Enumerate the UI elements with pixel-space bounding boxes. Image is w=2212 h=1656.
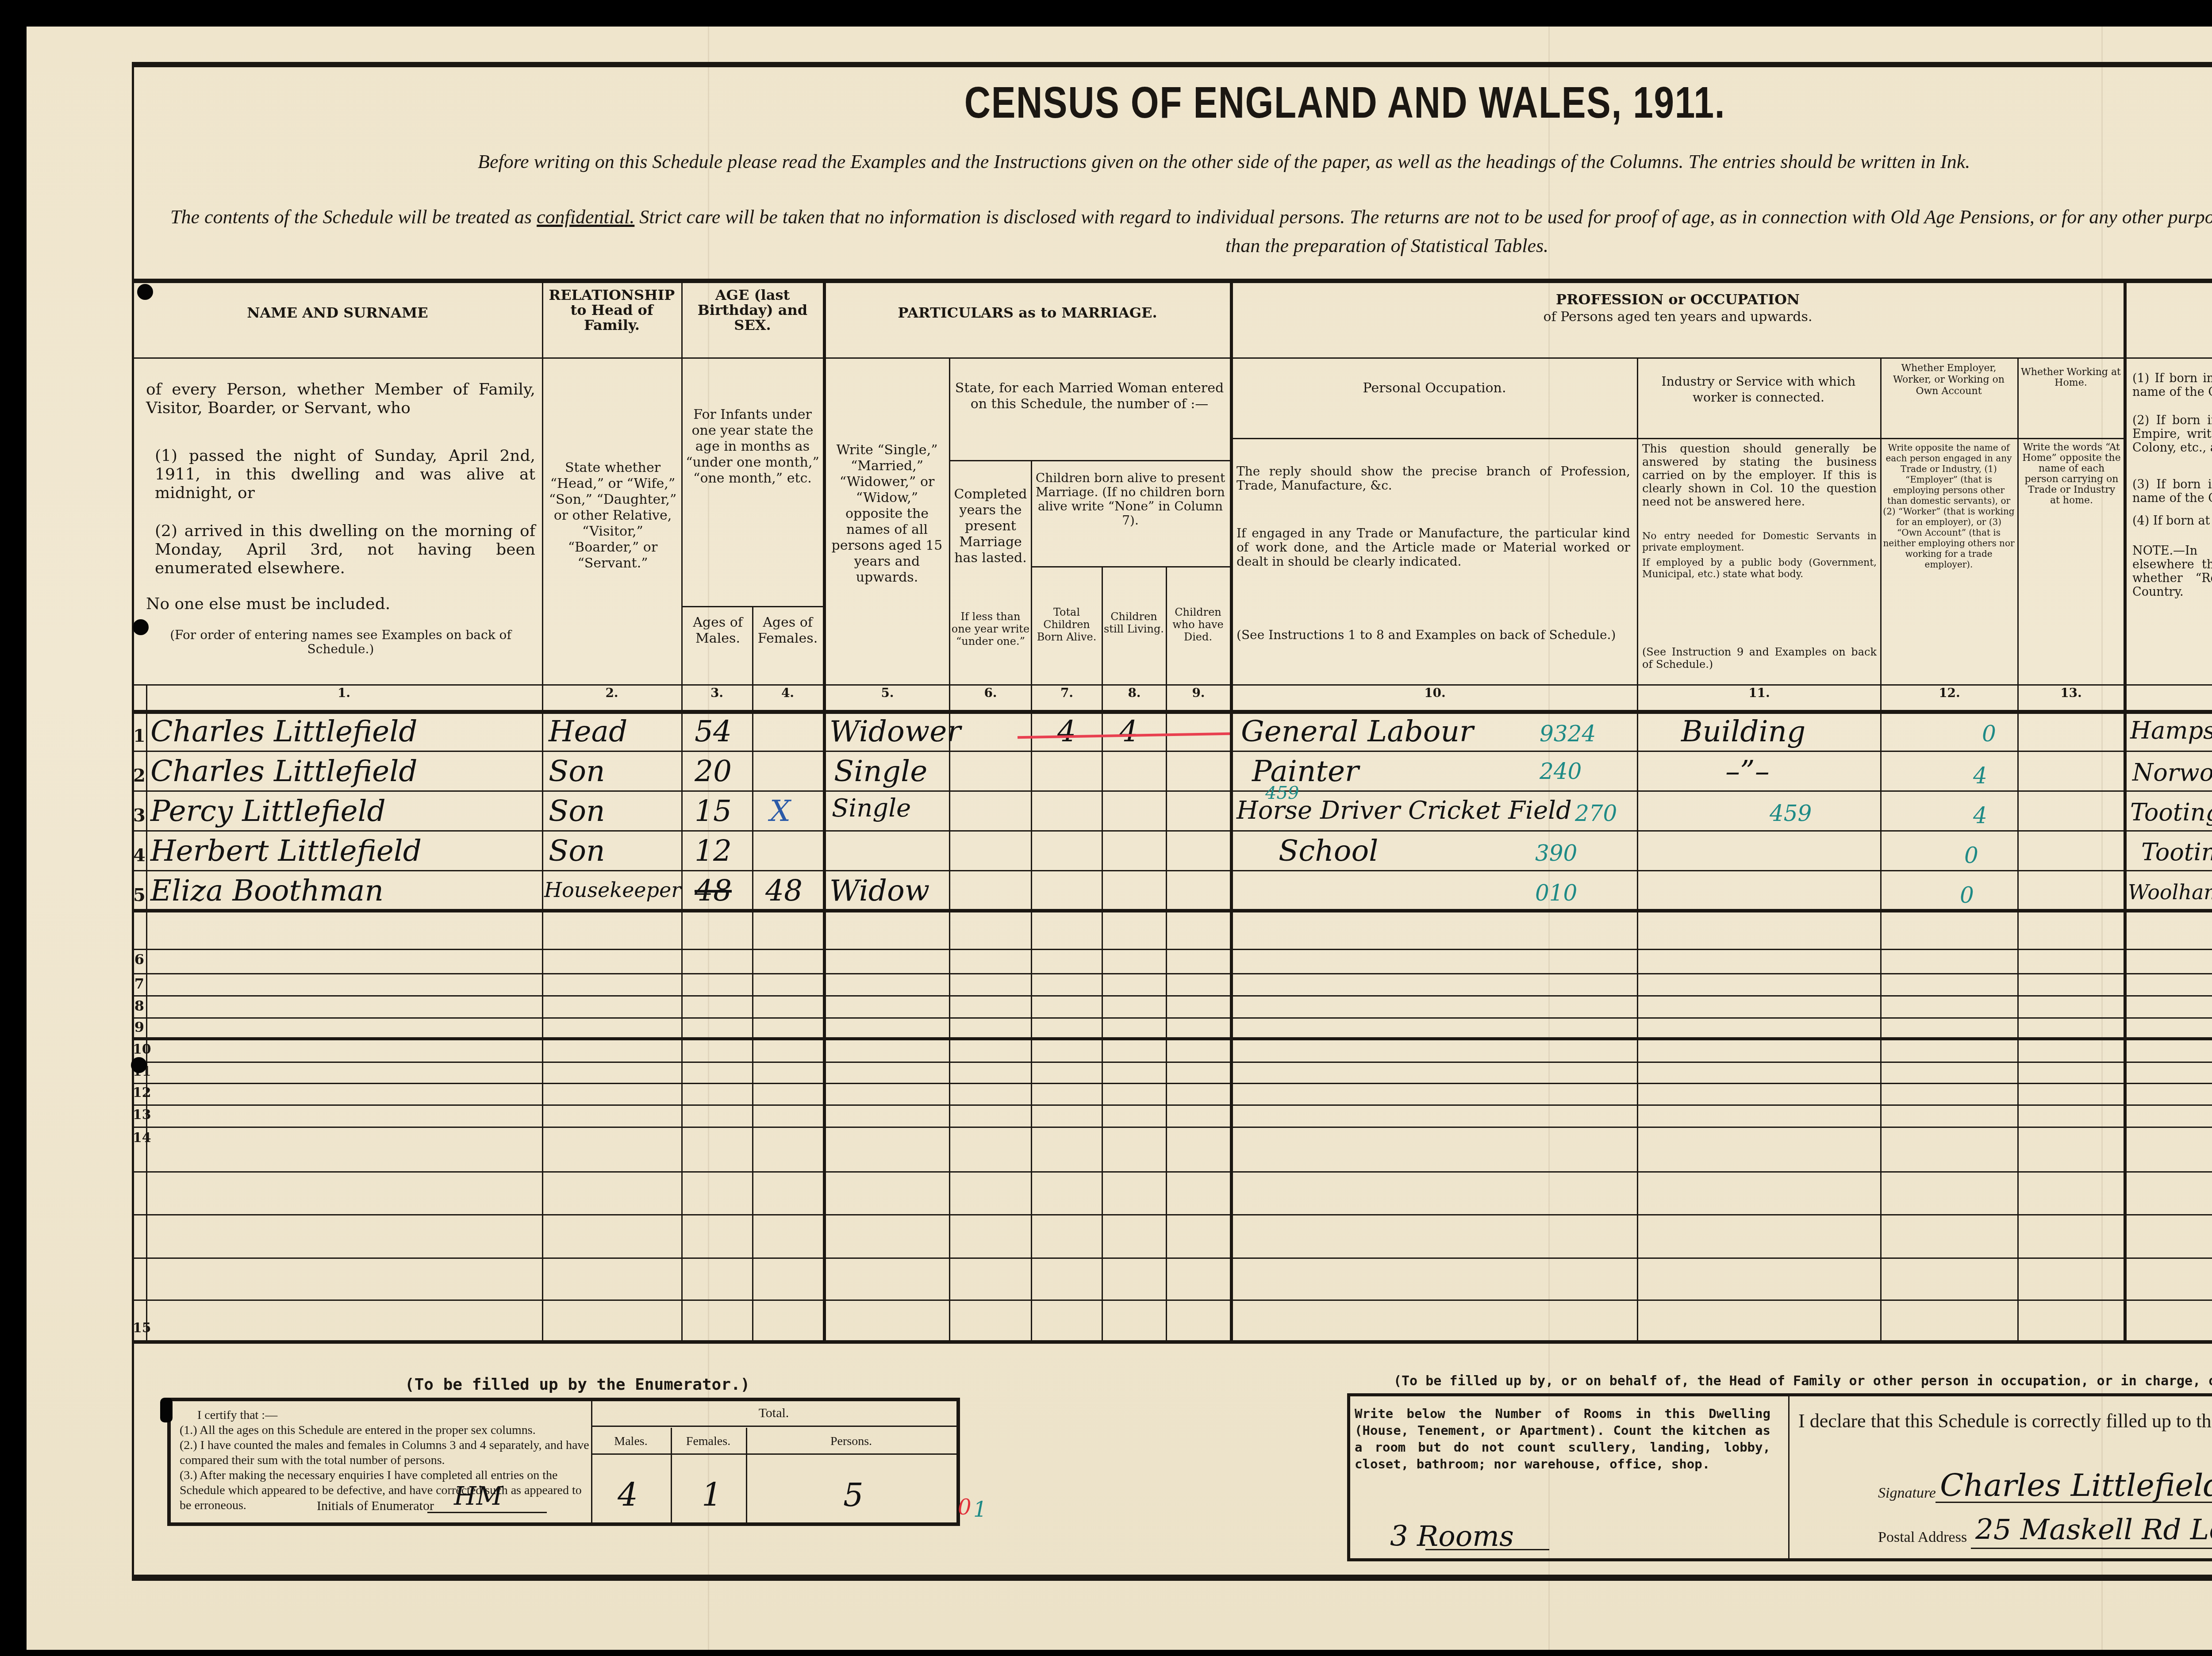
confidential-notice: The contents of the Schedule will be tre… — [170, 206, 2212, 228]
age-males-label: Ages of Males. — [684, 615, 752, 647]
cell-birthplace[interactable]: Tooting Surry — [2141, 838, 2212, 866]
children-living-label: Children still Living. — [1103, 610, 1165, 635]
row-rule — [132, 973, 2212, 974]
name-intro: of every Person, whether Member of Famil… — [146, 380, 535, 418]
certify-item2: (2.) I have counted the males and female… — [180, 1438, 591, 1468]
signature-label: Signature — [1878, 1485, 1936, 1502]
cell-occupation-code: 270 — [1575, 801, 1617, 826]
home-instruction: Write the words “At Home” opposite the n… — [2022, 442, 2121, 506]
employer-instruction: Write opposite the name of each person e… — [1882, 442, 2015, 570]
industry-text4: (See Instruction 9 and Examples on back … — [1642, 646, 1877, 671]
confidential-word: confidential. — [537, 206, 634, 228]
cell-relationship[interactable]: Housekeeper — [544, 878, 681, 902]
address-line — [1971, 1548, 2212, 1549]
males-label: Males. — [591, 1434, 671, 1449]
birthplace-note: NOTE.—In the case of persons born elsewh… — [2132, 544, 2212, 599]
header-top-rule — [132, 279, 2212, 283]
cell-employment-code: 0 — [1982, 721, 1996, 747]
cell-condition[interactable]: Single — [832, 794, 911, 823]
cell-birthplace[interactable]: Woolhampton Berkshire — [2128, 880, 2212, 904]
cell-name[interactable]: Eliza Boothman — [150, 874, 384, 908]
cell-condition[interactable]: Single — [834, 754, 927, 788]
page-title: CENSUS OF ENGLAND AND WALES, 1911. — [910, 77, 1780, 128]
cell-children-born[interactable]: 4 — [1057, 714, 1076, 748]
total-males[interactable]: 4 — [618, 1476, 638, 1514]
married-woman-instruction: State, for each Married Woman entered on… — [951, 380, 1228, 412]
cell-age-female-mark[interactable]: X — [770, 794, 791, 828]
cell-birthplace[interactable]: Norwood Surry — [2132, 759, 2212, 786]
industry-text2: No entry needed for Domestic Servants in… — [1642, 531, 1877, 554]
column-number: 2. — [543, 686, 680, 700]
rooms-box: Write below the Number of Rooms in this … — [1347, 1393, 1790, 1561]
row-number: 1 — [133, 725, 146, 746]
total-label: Total. — [591, 1406, 956, 1421]
marriage-sub-rule — [949, 460, 1230, 461]
cell-age-male[interactable]: 12 — [695, 834, 732, 868]
row-rule — [132, 710, 2212, 714]
initials-line — [427, 1512, 547, 1513]
occupation-sub-rule — [1230, 438, 2124, 439]
enumerator-box: I certify that :— (1.) All the ages on t… — [167, 1398, 960, 1526]
teal-annotation: 1 — [973, 1497, 987, 1522]
header-age: AGE (last Birthday) and SEX. — [684, 287, 822, 333]
relationship-instruction: State whether “Head,” or “Wife,” “Son,” … — [546, 460, 679, 571]
birthplace-item3: (3) If born in a Foreign Country, write … — [2132, 478, 2212, 505]
row-rule — [132, 1214, 2212, 1215]
cell-name[interactable]: Percy Littlefield — [150, 794, 386, 828]
col-sep — [542, 281, 543, 1340]
column-number: 1. — [146, 686, 542, 700]
col-sep — [1230, 281, 1233, 1340]
industry-label: Industry or Service with which worker is… — [1639, 374, 1878, 406]
row-rule — [132, 830, 2212, 832]
column-number: 9. — [1167, 686, 1230, 700]
confidential-notice-line2: than the preparation of Statistical Tabl… — [1225, 234, 1548, 257]
age-females-label: Ages of Females. — [753, 615, 822, 647]
cell-industry[interactable]: Building — [1681, 714, 1805, 748]
column-number: 6. — [950, 686, 1031, 700]
row-rule — [132, 1171, 2212, 1173]
header-marriage: PARTICULARS as to MARRIAGE. — [827, 305, 1228, 320]
row-rule — [132, 1062, 2212, 1063]
total-persons[interactable]: 5 — [843, 1476, 864, 1514]
row-rule — [132, 1037, 2212, 1040]
total-females[interactable]: 1 — [702, 1476, 722, 1514]
industry-text1: This question should generally be answer… — [1642, 442, 1877, 509]
marriage-condition-instruction: Write “Single,” “Married,” “Widower,” or… — [827, 442, 947, 586]
cell-birthplace[interactable]: Tooting Surry — [2130, 798, 2212, 826]
declaration-text: I declare that this Schedule is correctl… — [1798, 1410, 2212, 1432]
postal-address-value[interactable]: 25 Maskell Rd Lower Tooting Surrey — [1975, 1514, 2212, 1546]
children-died-label: Children who have Died. — [1167, 606, 1229, 643]
header-name: NAME AND SURNAME — [134, 305, 541, 320]
row-num-sep — [146, 686, 147, 1340]
row-rule — [132, 909, 2212, 912]
cell-occupation-code: 9324 — [1540, 721, 1596, 747]
occupation-subheader: of Persons aged ten years and upwards. — [1234, 310, 2121, 325]
years-married-label: Completed years the present Marriage has… — [951, 487, 1030, 566]
col-sep — [1880, 358, 1882, 1340]
home-label: Whether Working at Home. — [2020, 367, 2122, 388]
name-item2: (2) arrived in this dwelling on the morn… — [155, 522, 535, 578]
females-label: Females. — [671, 1434, 746, 1449]
personal-occupation-text1: The reply should show the precise branch… — [1237, 464, 1630, 493]
cell-condition[interactable]: Widow — [829, 874, 929, 908]
row-number: 4 — [133, 845, 146, 866]
cell-relationship[interactable]: Son — [549, 794, 605, 828]
address-label: Postal Address — [1878, 1529, 1967, 1546]
totals-rule — [591, 1426, 956, 1427]
header-occupation: PROFESSION or OCCUPATION — [1234, 292, 2121, 307]
cell-age-male[interactable]: 20 — [695, 754, 732, 788]
cell-relationship[interactable]: Son — [549, 754, 605, 788]
cell-employment-code: 4 — [1973, 803, 1987, 828]
cell-children-living[interactable]: 4 — [1119, 714, 1138, 748]
age-instruction: For Infants under one year state the age… — [684, 407, 822, 487]
enumerator-initials[interactable]: HM — [454, 1481, 503, 1511]
children-sub-rule — [1031, 566, 1230, 567]
initials-label: Initials of Enumerator — [317, 1499, 434, 1514]
column-number: 7. — [1032, 686, 1102, 700]
row-number: 5 — [133, 885, 146, 905]
cell-occupation[interactable]: Horse Driver Cricket Field — [1237, 796, 1572, 825]
table-bottom-rule — [132, 1340, 2212, 1344]
enumerator-certification: I certify that :— (1.) All the ages on t… — [180, 1408, 591, 1513]
industry-text3: If employed by a public body (Government… — [1642, 557, 1877, 580]
years-married-note: If less than one year write “under one.” — [951, 610, 1030, 648]
column-number: 13. — [2019, 686, 2124, 700]
rooms-line — [1425, 1549, 1549, 1550]
row-rule — [132, 1257, 2212, 1259]
col-sep — [1031, 460, 1032, 1340]
cell-occupation-code: 240 — [1540, 759, 1582, 784]
personal-occupation-label: Personal Occupation. — [1234, 380, 1635, 396]
col-sep — [1102, 566, 1103, 1340]
column-number: 11. — [1638, 686, 1880, 700]
row-rule — [132, 870, 2212, 871]
cell-age-male[interactable]: 15 — [695, 794, 732, 828]
punch-hole — [131, 1057, 147, 1073]
declaration-box: I declare that this Schedule is correctl… — [1790, 1393, 2212, 1561]
cell-relationship[interactable]: Son — [549, 834, 605, 868]
cell-age-male[interactable]: 54 — [695, 714, 732, 748]
head-of-family-title: (To be filled up by, or on behalf of, th… — [1394, 1373, 2212, 1389]
rooms-value[interactable]: 3 Rooms — [1390, 1520, 1514, 1553]
rooms-instruction: Write below the Number of Rooms in this … — [1355, 1405, 1770, 1472]
cell-employment-code: 0 — [1960, 882, 1974, 908]
header-mid-rule — [132, 357, 2212, 359]
row-number: 2 — [133, 765, 146, 786]
cell-age-female[interactable]: 48 — [765, 874, 803, 908]
column-number: 12. — [1882, 686, 2017, 700]
row-number: 3 — [133, 805, 146, 826]
signature-value[interactable]: Charles Littlefield — [1940, 1467, 2212, 1503]
frame-bottom-rule — [132, 1575, 2212, 1581]
personal-occupation-text2: If engaged in any Trade or Manufacture, … — [1237, 526, 1630, 569]
col-sep — [2124, 281, 2127, 1340]
column-number: 8. — [1103, 686, 1166, 700]
col-sep — [1637, 358, 1638, 1340]
header-relationship: RELATIONSHIP to Head of Family. — [543, 287, 680, 333]
red-annotation: 0 — [958, 1495, 972, 1520]
row-rule — [132, 1104, 2212, 1106]
row-number: 12 — [133, 1085, 146, 1100]
cell-occupation[interactable]: School — [1279, 834, 1378, 868]
col-sep — [949, 358, 950, 1340]
certify-item1: (1.) All the ages on this Schedule are e… — [180, 1423, 591, 1438]
row-number: 9 — [133, 1019, 146, 1035]
column-number: 3. — [683, 686, 751, 700]
column-number: 5. — [826, 686, 949, 700]
cell-occupation-code: 010 — [1535, 880, 1577, 906]
cell-employment-code: 0 — [1964, 843, 1978, 868]
row-rule — [132, 949, 2212, 950]
row-number: 10 — [133, 1042, 146, 1057]
children-total-label: Total Children Born Alive. — [1033, 606, 1100, 643]
row-number: 6 — [133, 951, 146, 968]
col-sep — [823, 281, 826, 1340]
row-rule — [132, 1127, 2212, 1128]
cell-industry-code: 459 — [1770, 801, 1812, 826]
name-item1: (1) passed the night of Sunday, April 2n… — [155, 447, 535, 502]
row-number: 8 — [133, 997, 146, 1014]
punch-hole — [137, 284, 153, 300]
age-sub-rule — [681, 606, 823, 607]
cell-employment-code: 4 — [1973, 763, 1987, 789]
employer-label: Whether Employer, Worker, or Working on … — [1882, 363, 2015, 397]
cell-birthplace[interactable]: Hampshire Bishopstoke — [2130, 717, 2212, 744]
row-rule — [132, 790, 2212, 792]
children-header: Children born alive to present Marriage.… — [1033, 471, 1228, 528]
punch-hole — [133, 619, 149, 635]
enumerator-title: (To be filled up by the Enumerator.) — [405, 1376, 750, 1394]
birthplace-item1: (1) If born in the United Kingdom, write… — [2132, 372, 2212, 399]
birthplace-item2: (2) If born in any other part of the Bri… — [2132, 414, 2212, 455]
cell-occupation[interactable]: General Labour — [1241, 714, 1474, 748]
cell-name[interactable]: Charles Littlefield — [150, 754, 418, 788]
name-note: No one else must be included. — [146, 596, 535, 612]
birthplace-item4: (4) If born at sea, write “At Sea.” — [2132, 513, 2212, 529]
col-sep — [681, 281, 683, 1340]
cell-name[interactable]: Charles Littlefield — [150, 714, 418, 748]
cell-industry[interactable]: –”– — [1725, 754, 1770, 788]
row-rule — [132, 1083, 2212, 1084]
instruction-line: Before writing on this Schedule please r… — [478, 150, 1970, 173]
cell-occupation-code: 390 — [1535, 840, 1577, 866]
header-birthplace: BIRTHPLACE — [2128, 296, 2212, 311]
row-number: 13 — [133, 1107, 146, 1123]
col-sep — [2017, 358, 2019, 1340]
cell-name[interactable]: Herbert Littlefield — [150, 834, 422, 868]
name-order-note: (For order of entering names see Example… — [146, 628, 535, 656]
cell-age-male-struck[interactable]: 48 — [695, 874, 732, 908]
row-rule — [132, 751, 2212, 752]
frame-top-rule — [132, 62, 2212, 67]
totals-rule — [591, 1453, 956, 1455]
column-number: 4. — [753, 686, 822, 700]
punch-hole — [160, 1398, 173, 1422]
birthplace-subheader: of every person. — [2128, 312, 2212, 327]
col-sep — [1166, 566, 1167, 1340]
column-number: 14 — [2127, 686, 2212, 700]
row-number: 14 — [133, 1130, 146, 1146]
row-number: 7 — [133, 975, 146, 992]
cell-relationship[interactable]: Head — [549, 714, 627, 748]
row-rule — [132, 1017, 2212, 1019]
row-rule — [132, 1299, 2212, 1301]
row-number: 15 — [133, 1320, 146, 1336]
persons-label: Persons. — [746, 1434, 956, 1449]
cell-condition[interactable]: Widower — [829, 714, 961, 748]
column-number: 10. — [1233, 686, 1637, 700]
personal-occupation-text3: (See Instructions 1 to 8 and Examples on… — [1237, 628, 1630, 642]
row-rule — [132, 995, 2212, 997]
